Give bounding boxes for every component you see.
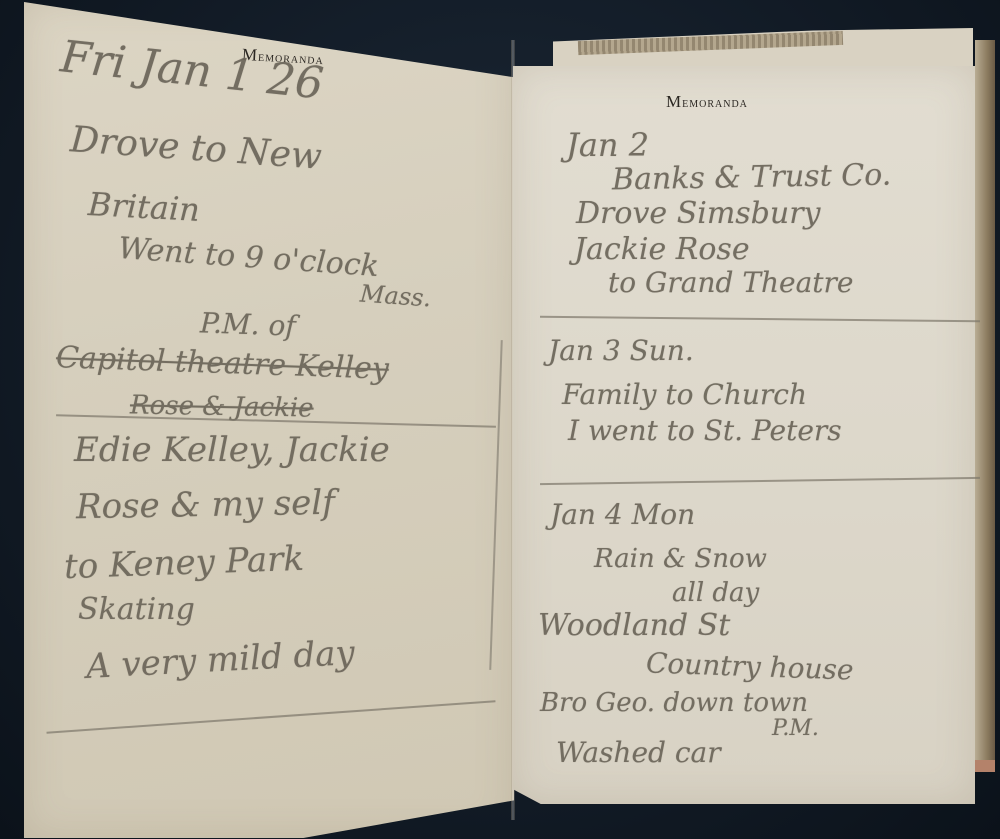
entry-line: Drove Simsbury	[576, 196, 821, 231]
entry-date-jan-3: Jan 3 Sun.	[548, 334, 694, 367]
book-edge-binding	[975, 760, 995, 772]
entry-line: Family to Church	[562, 378, 807, 411]
book-edge	[975, 40, 995, 770]
right-page-heading: Memoranda	[666, 92, 748, 112]
entry-line: Bro Geo. down town	[540, 688, 808, 718]
entry-line: P.M.	[772, 716, 819, 741]
entry-line: Mass.	[359, 280, 432, 313]
open-diary: Memoranda Fri Jan 1 26 Drove to New Brit…	[0, 0, 1000, 839]
entry-date-jan-2: Jan 2	[566, 126, 649, 164]
entry-line: Banks & Trust Co.	[612, 158, 892, 198]
entry-line: Rain & Snow	[594, 544, 767, 574]
entry-line: I went to St. Peters	[568, 414, 842, 447]
entry-line: Britain	[87, 185, 201, 229]
entry-line: Rose & my self	[76, 483, 335, 528]
entry-line: P.M. of	[199, 306, 296, 342]
entry-line: to Keney Park	[63, 539, 304, 587]
entry-line: all day	[672, 578, 759, 608]
entry-line: Edie Kelley, Jackie	[74, 430, 390, 470]
entry-line: Jackie Rose	[574, 232, 750, 267]
entry-line: Woodland St	[538, 608, 730, 643]
entry-line: Washed car	[556, 736, 721, 769]
entry-line: Skating	[78, 592, 195, 627]
entry-line: to Grand Theatre	[608, 266, 854, 299]
entry-date-jan-4: Jan 4 Mon	[550, 498, 695, 531]
